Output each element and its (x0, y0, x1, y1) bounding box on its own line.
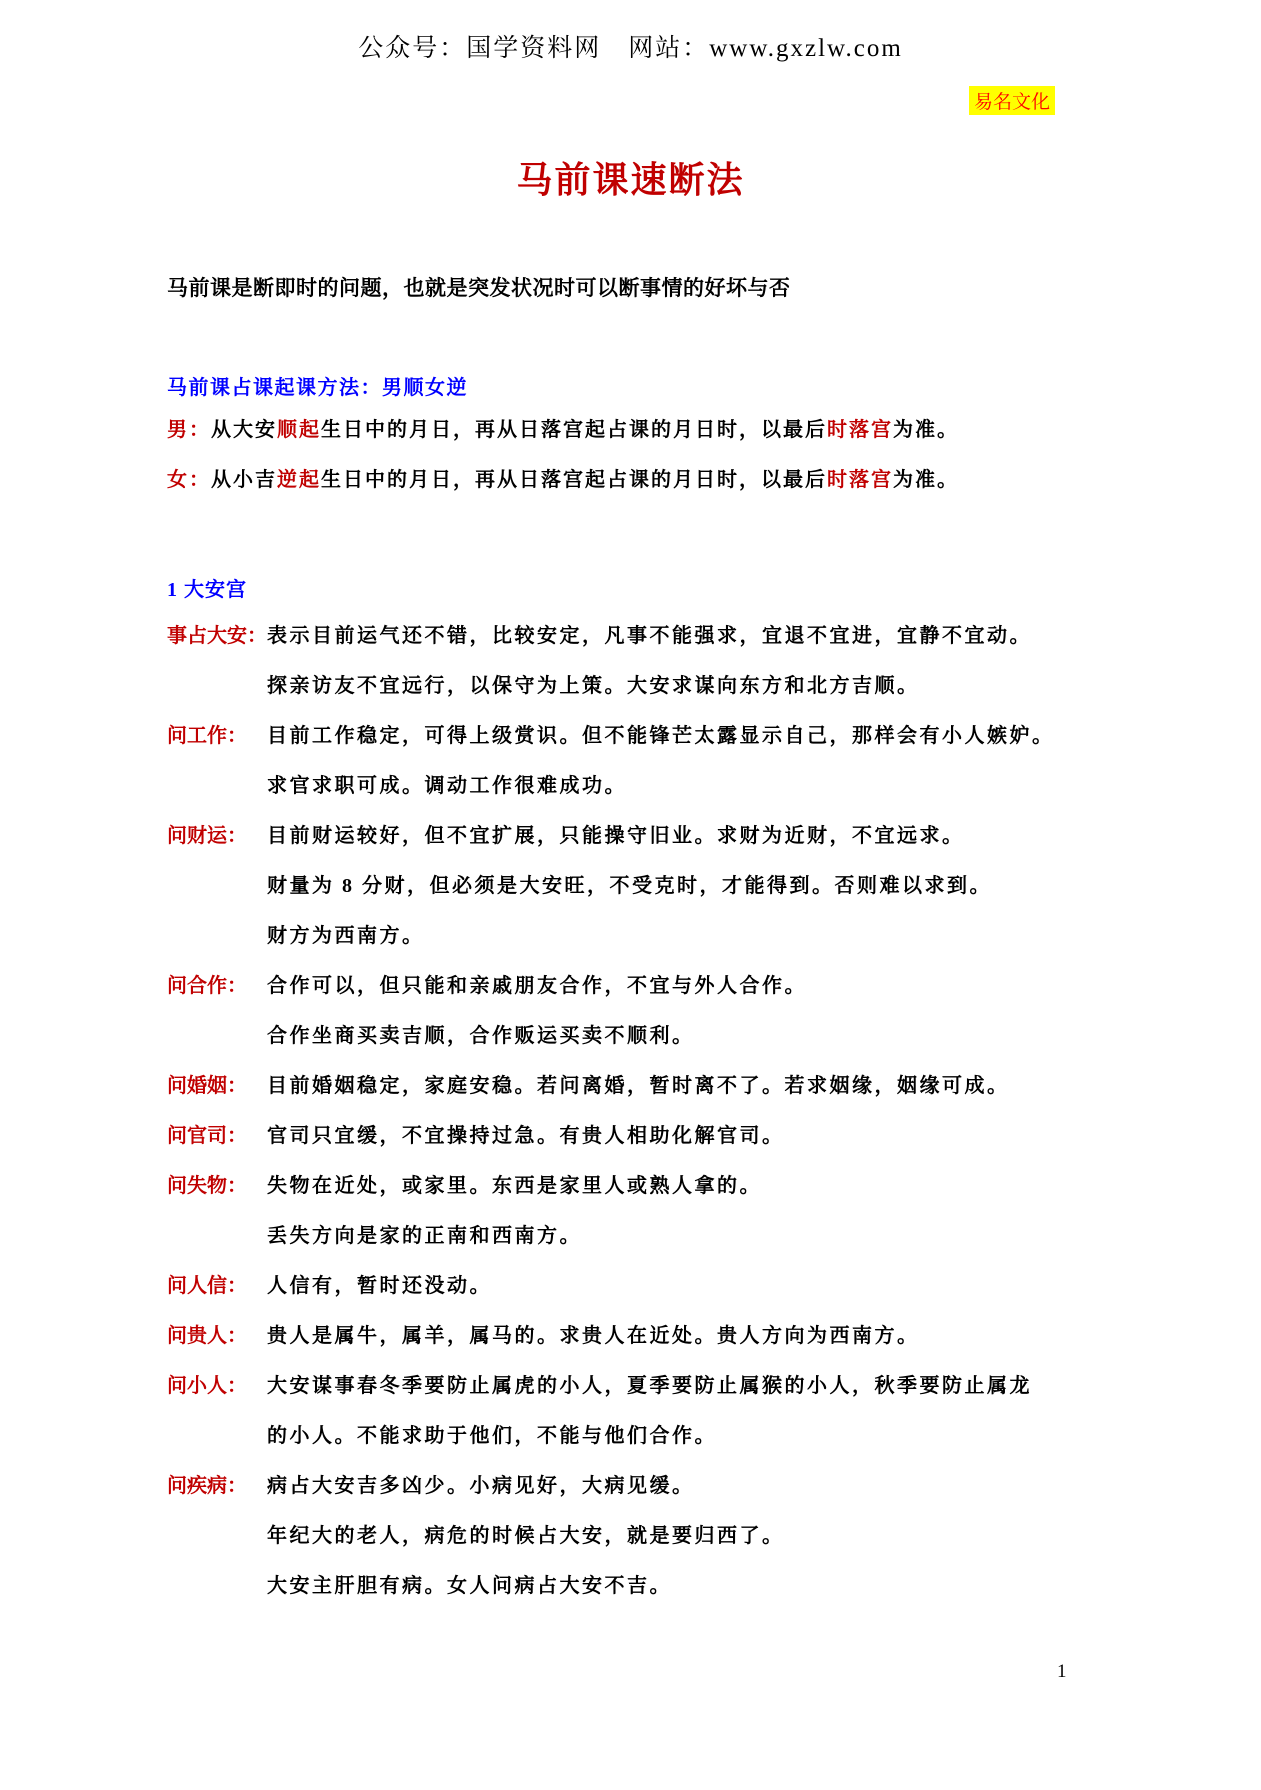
entry-line: 财量为 8 分财，但必须是大安旺，不受克时，才能得到。否则难以求到。 (267, 861, 1231, 911)
entry-line: 目前财运较好，但不宜扩展，只能操守旧业。求财为近财，不宜远求。 (267, 811, 1231, 861)
entry-line: 求官求职可成。调动工作很难成功。 (267, 761, 1231, 811)
method-line: 女：从小吉逆起生日中的月日，再从日落宫起占课的月日时，以最后时落宫为准。 (167, 455, 1221, 505)
entry-row: 问贵人：贵人是属牛，属羊，属马的。求贵人在近处。贵人方向为西南方。 (167, 1311, 1231, 1361)
entry-body: 表示目前运气还不错，比较安定，凡事不能强求，宜退不宜进，宜静不宜动。探亲访友不宜… (267, 611, 1231, 711)
entry-label: 问官司： (167, 1111, 267, 1161)
entry-row: 问失物：失物在近处，或家里。东西是家里人或熟人拿的。丢失方向是家的正南和西南方。 (167, 1161, 1231, 1261)
document-page: { "header": { "text": "公众号：国学资料网 网站：www.… (0, 0, 1261, 1790)
entry-row: 问官司：官司只宜缓，不宜操持过急。有贵人相助化解官司。 (167, 1111, 1231, 1161)
entry-row: 问疾病：病占大安吉多凶少。小病见好，大病见缓。年纪大的老人，病危的时候占大安，就… (167, 1461, 1231, 1611)
entry-body: 目前财运较好，但不宜扩展，只能操守旧业。求财为近财，不宜远求。财量为 8 分财，… (267, 811, 1231, 961)
method-line: 男：从大安顺起生日中的月日，再从日落宫起占课的月日时，以最后时落宫为准。 (167, 405, 1221, 455)
entry-label: 问婚姻： (167, 1061, 267, 1111)
entry-label: 事占大安： (167, 611, 267, 661)
entry-label: 问贵人： (167, 1311, 267, 1361)
entry-body: 目前工作稳定，可得上级赏识。但不能锋芒太露显示自己，那样会有小人嫉妒。求官求职可… (267, 711, 1231, 811)
entry-body: 大安谋事春冬季要防止属虎的小人，夏季要防止属猴的小人，秋季要防止属龙的小人。不能… (267, 1361, 1231, 1461)
entry-label: 问合作： (167, 961, 267, 1011)
entry-body: 失物在近处，或家里。东西是家里人或熟人拿的。丢失方向是家的正南和西南方。 (267, 1161, 1231, 1261)
method-line-segment: 逆起 (277, 469, 321, 491)
intro-paragraph: 马前课是断即时的问题，也就是突发状况时可以断事情的好坏与否 (167, 272, 791, 302)
method-line-segment: 生日中的月日，再从日落宫起占课的月日时，以最后 (321, 469, 827, 491)
entry-row: 问工作：目前工作稳定，可得上级赏识。但不能锋芒太露显示自己，那样会有小人嫉妒。求… (167, 711, 1231, 811)
entry-body: 目前婚姻稳定，家庭安稳。若问离婚，暂时离不了。若求姻缘，姻缘可成。 (267, 1061, 1231, 1111)
entry-line: 病占大安吉多凶少。小病见好，大病见缓。 (267, 1461, 1231, 1511)
entry-line: 目前婚姻稳定，家庭安稳。若问离婚，暂时离不了。若求姻缘，姻缘可成。 (267, 1061, 1231, 1111)
entry-row: 问人信：人信有，暂时还没动。 (167, 1261, 1231, 1311)
entry-row: 问小人：大安谋事春冬季要防止属虎的小人，夏季要防止属猴的小人，秋季要防止属龙的小… (167, 1361, 1231, 1461)
entry-row: 问婚姻：目前婚姻稳定，家庭安稳。若问离婚，暂时离不了。若求姻缘，姻缘可成。 (167, 1061, 1231, 1111)
entry-line: 表示目前运气还不错，比较安定，凡事不能强求，宜退不宜进，宜静不宜动。 (267, 611, 1231, 661)
entry-body: 病占大安吉多凶少。小病见好，大病见缓。年纪大的老人，病危的时候占大安，就是要归西… (267, 1461, 1231, 1611)
entry-line: 大安谋事春冬季要防止属虎的小人，夏季要防止属猴的小人，秋季要防止属龙 (267, 1361, 1231, 1411)
entry-line: 大安主肝胆有病。女人问病占大安不吉。 (267, 1561, 1231, 1611)
entry-row: 事占大安：表示目前运气还不错，比较安定，凡事不能强求，宜退不宜进，宜静不宜动。探… (167, 611, 1231, 711)
method-line-segment: 为准。 (893, 469, 959, 491)
method-heading: 马前课占课起课方法：男顺女逆 (167, 371, 468, 400)
entry-body: 人信有，暂时还没动。 (267, 1261, 1231, 1311)
entry-label: 问失物： (167, 1161, 267, 1211)
entry-line: 目前工作稳定，可得上级赏识。但不能锋芒太露显示自己，那样会有小人嫉妒。 (267, 711, 1231, 761)
entry-label: 问财运： (167, 811, 267, 861)
entry-line: 合作坐商买卖吉顺，合作贩运买卖不顺利。 (267, 1011, 1231, 1061)
entry-line: 人信有，暂时还没动。 (267, 1261, 1231, 1311)
entry-line: 官司只宜缓，不宜操持过急。有贵人相助化解官司。 (267, 1111, 1231, 1161)
method-line-segment: 生日中的月日，再从日落宫起占课的月日时，以最后 (321, 419, 827, 441)
entry-body: 贵人是属牛，属羊，属马的。求贵人在近处。贵人方向为西南方。 (267, 1311, 1231, 1361)
section-heading-daan: 1 大安宫 (167, 573, 247, 602)
method-line-segment: 顺起 (277, 419, 321, 441)
entry-row: 问财运：目前财运较好，但不宜扩展，只能操守旧业。求财为近财，不宜远求。财量为 8… (167, 811, 1231, 961)
entry-label: 问工作： (167, 711, 267, 761)
method-line-segment: 男： (167, 419, 211, 441)
entry-line: 失物在近处，或家里。东西是家里人或熟人拿的。 (267, 1161, 1231, 1211)
method-lines: 男：从大安顺起生日中的月日，再从日落宫起占课的月日时，以最后时落宫为准。女：从小… (167, 405, 1221, 505)
entry-label: 问小人： (167, 1361, 267, 1411)
method-line-segment: 从大安 (211, 419, 277, 441)
entry-line: 年纪大的老人，病危的时候占大安，就是要归西了。 (267, 1511, 1231, 1561)
entry-label: 问人信： (167, 1261, 267, 1311)
entry-line: 的小人。不能求助于他们，不能与他们合作。 (267, 1411, 1231, 1461)
entry-row: 问合作：合作可以，但只能和亲戚朋友合作，不宜与外人合作。合作坐商买卖吉顺，合作贩… (167, 961, 1231, 1061)
entry-line: 丢失方向是家的正南和西南方。 (267, 1211, 1231, 1261)
entry-line: 贵人是属牛，属羊，属马的。求贵人在近处。贵人方向为西南方。 (267, 1311, 1231, 1361)
entry-line: 合作可以，但只能和亲戚朋友合作，不宜与外人合作。 (267, 961, 1231, 1011)
page-title: 马前课速断法 (0, 152, 1261, 203)
method-line-segment: 为准。 (893, 419, 959, 441)
page-number: 1 (1057, 1661, 1067, 1683)
method-line-segment: 从小吉 (211, 469, 277, 491)
method-line-segment: 时落宫 (827, 419, 893, 441)
entry-line: 财方为西南方。 (267, 911, 1231, 961)
page-header: 公众号：国学资料网 网站：www.gxzlw.com (0, 28, 1261, 64)
entry-body: 官司只宜缓，不宜操持过急。有贵人相助化解官司。 (267, 1111, 1231, 1161)
method-line-segment: 女： (167, 469, 211, 491)
entry-line: 探亲访友不宜远行，以保守为上策。大安求谋向东方和北方吉顺。 (267, 661, 1231, 711)
entries-list: 事占大安：表示目前运气还不错，比较安定，凡事不能强求，宜退不宜进，宜静不宜动。探… (167, 611, 1231, 1611)
watermark-badge: 易名文化 (969, 86, 1055, 115)
method-line-segment: 时落宫 (827, 469, 893, 491)
entry-body: 合作可以，但只能和亲戚朋友合作，不宜与外人合作。合作坐商买卖吉顺，合作贩运买卖不… (267, 961, 1231, 1061)
entry-label: 问疾病： (167, 1461, 267, 1511)
